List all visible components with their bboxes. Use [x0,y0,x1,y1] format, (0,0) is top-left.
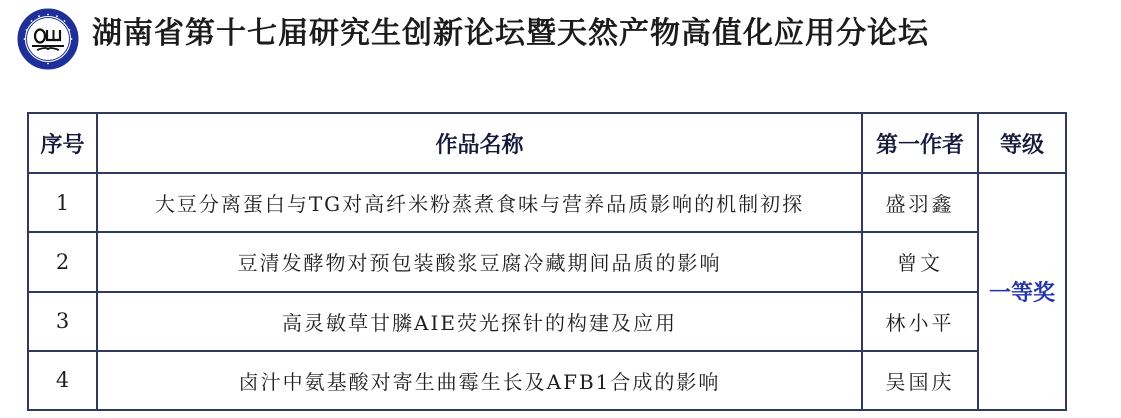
table-row: 1 大豆分离蛋白与TG对高纤米粉蒸煮食味与营养品质影响的机制初探 盛羽鑫 一等奖 [28,173,1066,232]
award-grade: 一等奖 [978,173,1066,410]
first-author: 曾文 [862,232,978,291]
first-author: 林小平 [862,292,978,351]
table-row: 4 卤汁中氨基酸对寄生曲霉生长及AFB1合成的影响 吴国庆 [28,351,1066,410]
work-title: 大豆分离蛋白与TG对高纤米粉蒸煮食味与营养品质影响的机制初探 [97,173,862,232]
row-index: 1 [28,173,97,232]
award-table: 序号 作品名称 第一作者 等级 1 大豆分离蛋白与TG对高纤米粉蒸煮食味与营养品… [27,112,1067,411]
table-row: 2 豆清发酵物对预包装酸浆豆腐冷藏期间品质的影响 曾文 [28,232,1066,291]
column-header-grade: 等级 [978,113,1066,173]
work-title: 豆清发酵物对预包装酸浆豆腐冷藏期间品质的影响 [97,232,862,291]
row-index: 4 [28,351,97,410]
column-header-title: 作品名称 [97,113,862,173]
work-title: 高灵敏草甘膦AIE荧光探针的构建及应用 [97,292,862,351]
column-header-index: 序号 [28,113,97,173]
university-emblem-icon [17,8,79,70]
award-document: 湖南省第十七届研究生创新论坛暨天然产物高值化应用分论坛 序号 作品名称 第一作者… [0,0,1121,418]
work-title: 卤汁中氨基酸对寄生曲霉生长及AFB1合成的影响 [97,351,862,410]
table-header-row: 序号 作品名称 第一作者 等级 [28,113,1066,173]
column-header-author: 第一作者 [862,113,978,173]
row-index: 3 [28,292,97,351]
page-title: 湖南省第十七届研究生创新论坛暨天然产物高值化应用分论坛 [92,14,929,54]
first-author: 吴国庆 [862,351,978,410]
row-index: 2 [28,232,97,291]
table-row: 3 高灵敏草甘膦AIE荧光探针的构建及应用 林小平 [28,292,1066,351]
first-author: 盛羽鑫 [862,173,978,232]
